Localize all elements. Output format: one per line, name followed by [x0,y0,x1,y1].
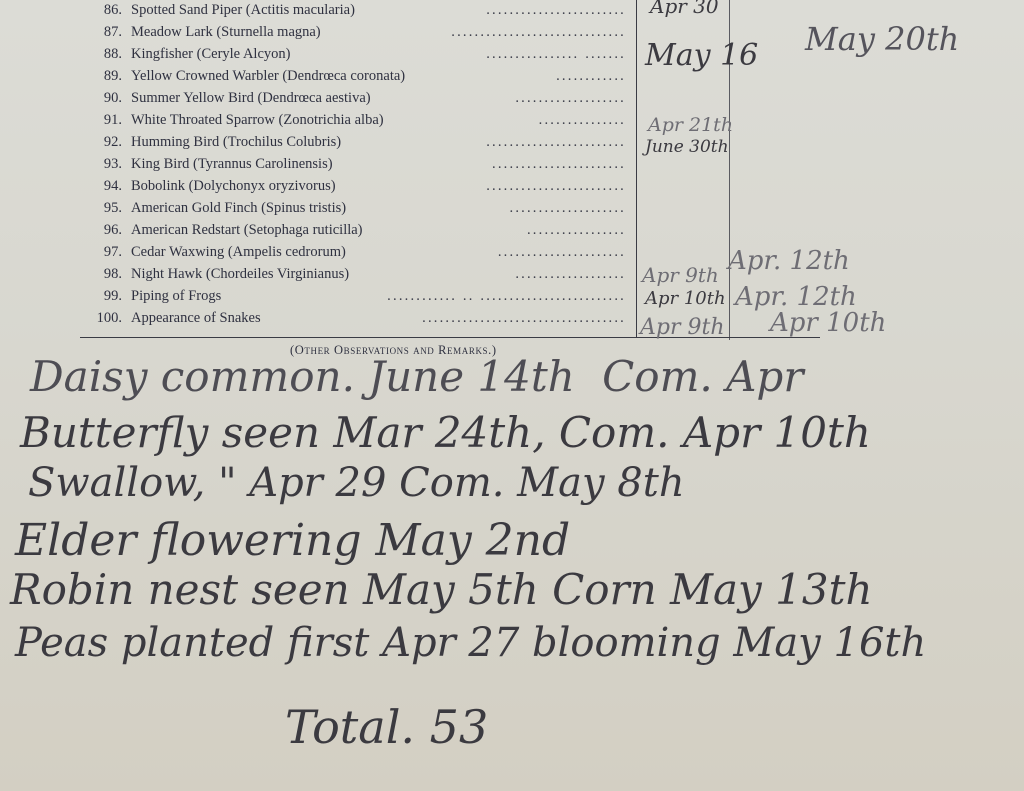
list-item: 99.Piping of Frogs............ .. ......… [0,288,632,309]
row-number: 91. [0,112,122,129]
dot-leader: .................... [510,200,627,217]
row-number: 97. [0,244,122,261]
list-item: 88.Kingfisher (Ceryle Alcyon)...........… [0,46,632,67]
list-item: 87.Meadow Lark (Sturnella magna)........… [0,24,632,45]
row-label: Spotted Sand Piper (Actitis macularia) [131,2,355,19]
list-item: 93.King Bird (Tyrannus Carolinensis)....… [0,156,632,177]
handwritten-entry: Apr 21th [648,114,733,136]
row-number: 86. [0,2,122,19]
row-number: 99. [0,288,122,305]
row-label: Bobolink (Dolychonyx oryzivorus) [131,178,336,195]
dot-leader: ....................... [492,156,626,173]
handwritten-entry: May 20th [805,20,959,58]
handwritten-entry: Apr 10th [770,308,886,338]
row-number: 95. [0,200,122,217]
row-number: 92. [0,134,122,151]
list-item: 100.Appearance of Snakes................… [0,310,632,331]
dot-leader: .............................. [451,24,626,41]
dot-leader: ................ ....... [486,46,626,63]
row-label: Humming Bird (Trochilus Colubris) [131,134,341,151]
list-item: 89.Yellow Crowned Warbler (Dendrœca coro… [0,68,632,89]
row-label: King Bird (Tyrannus Carolinensis) [131,156,333,173]
row-label: Cedar Waxwing (Ampelis cedrorum) [131,244,346,261]
dot-leader: ........................ [486,2,626,19]
dot-leader: ................................... [422,310,626,327]
row-label: American Redstart (Setophaga ruticilla) [131,222,363,239]
handwritten-entry: June 30th [645,137,729,157]
handwritten-entry: Apr. 12th [728,246,850,276]
list-item: 91.White Throated Sparrow (Zonotrichia a… [0,112,632,133]
remark-line: Robin nest seen May 5th Corn May 13th [10,565,873,614]
list-item: 92.Humming Bird (Trochilus Colubris)....… [0,134,632,155]
record-page: 86.Spotted Sand Piper (Actitis macularia… [0,0,1024,791]
list-item: 95.American Gold Finch (Spinus tristis).… [0,200,632,221]
row-number: 98. [0,266,122,283]
dot-leader: ........................ [486,178,626,195]
dot-leader: ...................... [498,244,626,261]
struck-text: Com. Apr [602,352,803,401]
list-item: 97.Cedar Waxwing (Ampelis cedrorum).....… [0,244,632,265]
dot-leader: ........................ [486,134,626,151]
row-number: 87. [0,24,122,41]
total: Total. 53 [285,700,488,754]
row-label: Piping of Frogs [131,288,221,305]
dot-leader: ................... [515,266,626,283]
row-label: Appearance of Snakes [131,310,261,327]
row-number: 89. [0,68,122,85]
dot-leader: ............ [556,68,626,85]
row-label: Summer Yellow Bird (Dendrœca aestiva) [131,90,371,107]
row-number: 100. [0,310,122,327]
row-number: 90. [0,90,122,107]
handwritten-entry: Apr 10th [645,288,726,309]
list-item: 96.American Redstart (Setophaga ruticill… [0,222,632,243]
dot-leader: ............... [539,112,626,129]
dot-leader: ................... [515,90,626,107]
list-item: 86.Spotted Sand Piper (Actitis macularia… [0,2,632,23]
dot-leader: ............ .. ........................… [387,288,626,305]
row-label: Yellow Crowned Warbler (Dendrœca coronat… [131,68,405,85]
row-label: Kingfisher (Ceryle Alcyon) [131,46,290,63]
remark-text: Daisy common. June 14th [30,352,575,401]
list-item: 98.Night Hawk (Chordeiles Virginianus)..… [0,266,632,287]
remark-line: Daisy common. June 14th Com. Apr [30,352,803,401]
row-label: White Throated Sparrow (Zonotrichia alba… [131,112,384,129]
row-number: 96. [0,222,122,239]
row-label: Night Hawk (Chordeiles Virginianus) [131,266,349,283]
dot-leader: ................. [527,222,626,239]
handwritten-entry: Apr 9th [642,263,719,287]
row-label: Meadow Lark (Sturnella magna) [131,24,321,41]
handwritten-entry: May 16 [645,38,758,73]
handwritten-entry: Apr 9th [640,315,725,340]
row-number: 88. [0,46,122,63]
remark-line: Butterfly seen Mar 24th, Com. Apr 10th [20,408,871,457]
list-item: 90.Summer Yellow Bird (Dendrœca aestiva)… [0,90,632,111]
remark-line: Elder flowering May 2nd [15,515,570,566]
remark-line: Swallow, " Apr 29 Com. May 8th [28,460,685,506]
row-number: 94. [0,178,122,195]
list-item: 94.Bobolink (Dolychonyx oryzivorus).....… [0,178,632,199]
row-number: 93. [0,156,122,173]
handwritten-entry: Apr 30 [650,0,719,18]
remark-line: Peas planted first Apr 27 blooming May 1… [15,620,926,666]
column-divider [636,0,637,338]
row-label: American Gold Finch (Spinus tristis) [131,200,346,217]
